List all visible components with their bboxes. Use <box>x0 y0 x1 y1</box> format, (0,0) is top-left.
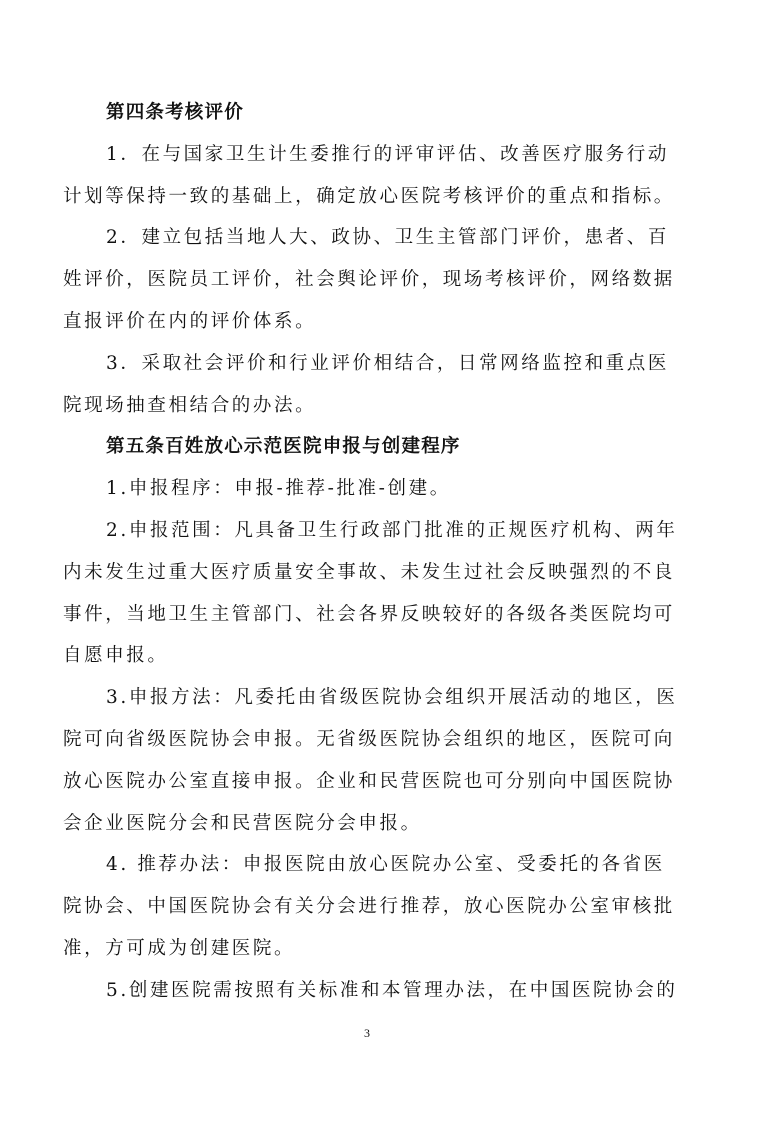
paragraph-line: 2．建立包括当地人大、政协、卫生主管部门评价，患者、百 <box>63 217 677 259</box>
document-page: 第四条考核评价 1．在与国家卫生计生委推行的评审评估、改善医疗服务行动 计划等保… <box>0 0 757 1123</box>
page-number: 3 <box>0 1026 734 1041</box>
paragraph-line: 内未发生过重大医疗质量安全事故、未发生过社会反映强烈的不良 <box>63 552 677 594</box>
paragraph-line: 4. 推荐办法：申报医院由放心医院办公室、受委托的各省医 <box>63 844 677 886</box>
paragraph-line: 1．在与国家卫生计生委推行的评审评估、改善医疗服务行动 <box>63 134 677 176</box>
paragraph-line: 会企业医院分会和民营医院分会申报。 <box>63 803 677 845</box>
paragraph-line: 直报评价在内的评价体系。 <box>63 301 677 343</box>
paragraph-line: 院现场抽查相结合的办法。 <box>63 385 677 427</box>
paragraph-line: 准，方可成为创建医院。 <box>63 928 677 970</box>
paragraph-line: 计划等保持一致的基础上，确定放心医院考核评价的重点和指标。 <box>63 176 677 218</box>
paragraph-line: 1.申报程序：申报-推荐-批准-创建。 <box>63 468 677 510</box>
paragraph-line: 自愿申报。 <box>63 635 677 677</box>
paragraph-line: 5.创建医院需按照有关标准和本管理办法，在中国医院协会的 <box>63 970 677 1012</box>
paragraph-line: 院可向省级医院协会申报。无省级医院协会组织的地区，医院可向 <box>63 719 677 761</box>
paragraph-line: 3.申报方法：凡委托由省级医院协会组织开展活动的地区，医 <box>63 677 677 719</box>
paragraph-line: 2.申报范围：凡具备卫生行政部门批准的正规医疗机构、两年 <box>63 510 677 552</box>
section-heading-article-4: 第四条考核评价 <box>63 92 677 134</box>
paragraph-line: 院协会、中国医院协会有关分会进行推荐，放心医院办公室审核批 <box>63 886 677 928</box>
paragraph-line: 3．采取社会评价和行业评价相结合，日常网络监控和重点医 <box>63 343 677 385</box>
paragraph-line: 姓评价，医院员工评价，社会舆论评价，现场考核评价，网络数据 <box>63 259 677 301</box>
document-body: 第四条考核评价 1．在与国家卫生计生委推行的评审评估、改善医疗服务行动 计划等保… <box>63 92 677 1012</box>
paragraph-line: 事件，当地卫生主管部门、社会各界反映较好的各级各类医院均可 <box>63 594 677 636</box>
section-heading-article-5: 第五条百姓放心示范医院申报与创建程序 <box>63 426 677 468</box>
paragraph-line: 放心医院办公室直接申报。企业和民营医院也可分别向中国医院协 <box>63 761 677 803</box>
